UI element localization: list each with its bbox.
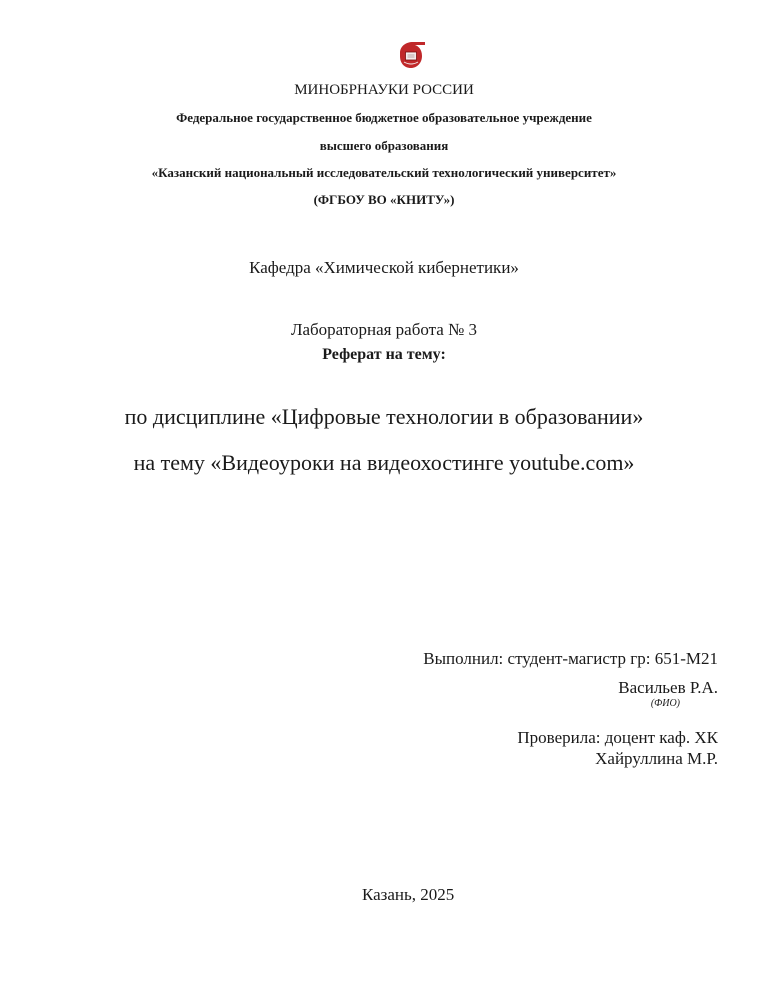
institution-type: Федеральное государственное бюджетное об…: [0, 110, 768, 126]
student-name: Васильев Р.А.: [618, 678, 718, 698]
checked-by-label: Проверила: доцент каф. ХК: [517, 728, 718, 748]
discipline-title: по дисциплине «Цифровые технологии в обр…: [0, 404, 768, 430]
teacher-name: Хайруллина М.Р.: [595, 749, 718, 769]
essay-topic: на тему «Видеоуроки на видеохостинге you…: [0, 450, 768, 476]
essay-label: Реферат на тему:: [0, 346, 768, 364]
university-short-name: (ФГБОУ ВО «КНИТУ»): [0, 192, 768, 208]
name-caption: (ФИО): [651, 698, 680, 709]
lab-work-title: Лабораторная работа № 3: [0, 320, 768, 340]
ministry-name: МИНОБРНАУКИ РОССИИ: [0, 82, 768, 99]
city-year: Казань, 2025: [362, 885, 454, 905]
university-full-name: «Казанский национальный исследовательски…: [0, 165, 768, 181]
institution-education-level: высшего образования: [0, 138, 768, 154]
university-emblem-icon: [396, 41, 426, 69]
completed-by-label: Выполнил: студент-магистр гр: 651-М21: [423, 649, 718, 669]
department-name: Кафедра «Химической кибернетики»: [0, 258, 768, 278]
